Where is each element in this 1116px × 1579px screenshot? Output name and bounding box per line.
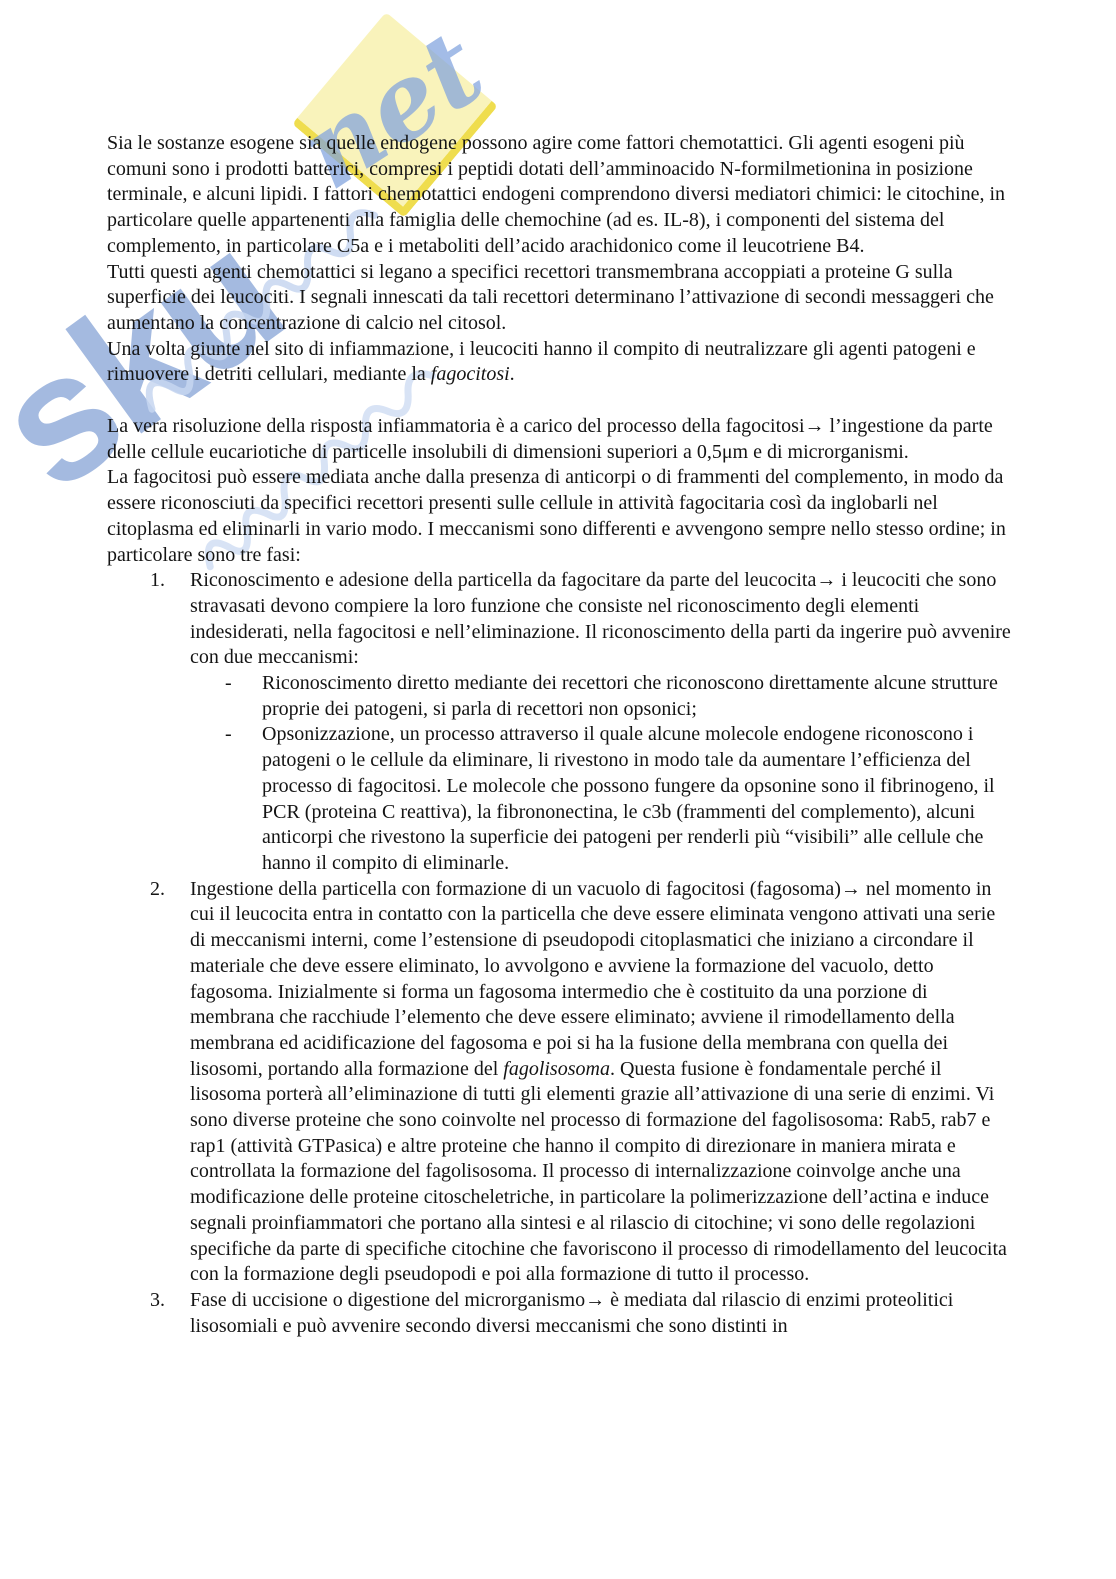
- paragraph: Tutti questi agenti chemotattici si lega…: [107, 260, 1013, 337]
- list-marker: 2.: [150, 877, 165, 903]
- paragraph-spacer: [107, 388, 1013, 414]
- paragraph: La vera risoluzione della risposta infia…: [107, 414, 1013, 465]
- document-body: Sia le sostanze esogene sia quelle endog…: [107, 131, 1013, 1339]
- dash-list-item: -Opsonizzazione, un processo attraverso …: [107, 722, 1013, 876]
- list-marker: 3.: [150, 1288, 165, 1314]
- dash-list-item: -Riconoscimento diretto mediante dei rec…: [107, 671, 1013, 722]
- numbered-list-item: 3.Fase di uccisione o digestione del mic…: [107, 1288, 1013, 1339]
- text-run: Riconoscimento diretto mediante dei rece…: [262, 672, 998, 720]
- text-run: Opsonizzazione, un processo attraverso i…: [262, 723, 995, 874]
- text-run: Una volta giunte nel sito di infiammazio…: [107, 338, 976, 386]
- text-run: La vera risoluzione della risposta infia…: [107, 415, 993, 463]
- paragraph: Sia le sostanze esogene sia quelle endog…: [107, 131, 1013, 260]
- text-run: Sia le sostanze esogene sia quelle endog…: [107, 132, 1005, 257]
- italic-text-run: fagolisosoma: [503, 1058, 610, 1080]
- text-run: Ingestione della particella con formazio…: [190, 878, 995, 1080]
- italic-text-run: fagocitosi: [431, 363, 510, 385]
- text-run: .: [510, 363, 515, 385]
- text-run: Fase di uccisione o digestione del micro…: [190, 1289, 953, 1337]
- list-marker: 1.: [150, 568, 165, 594]
- paragraph: Una volta giunte nel sito di infiammazio…: [107, 337, 1013, 388]
- text-run: Tutti questi agenti chemotattici si lega…: [107, 261, 994, 334]
- list-marker: -: [225, 722, 232, 748]
- paragraph: La fagocitosi può essere mediata anche d…: [107, 465, 1013, 568]
- document-page: sku net Sia le sostanze esogene sia quel…: [0, 0, 1116, 1579]
- text-run: Riconoscimento e adesione della particel…: [190, 569, 1011, 668]
- numbered-list-item: 2.Ingestione della particella con formaz…: [107, 877, 1013, 1288]
- text-run: . Questa fusione è fondamentale perché i…: [190, 1058, 1007, 1286]
- list-marker: -: [225, 671, 232, 697]
- text-run: La fagocitosi può essere mediata anche d…: [107, 466, 1006, 565]
- numbered-list-item: 1.Riconoscimento e adesione della partic…: [107, 568, 1013, 671]
